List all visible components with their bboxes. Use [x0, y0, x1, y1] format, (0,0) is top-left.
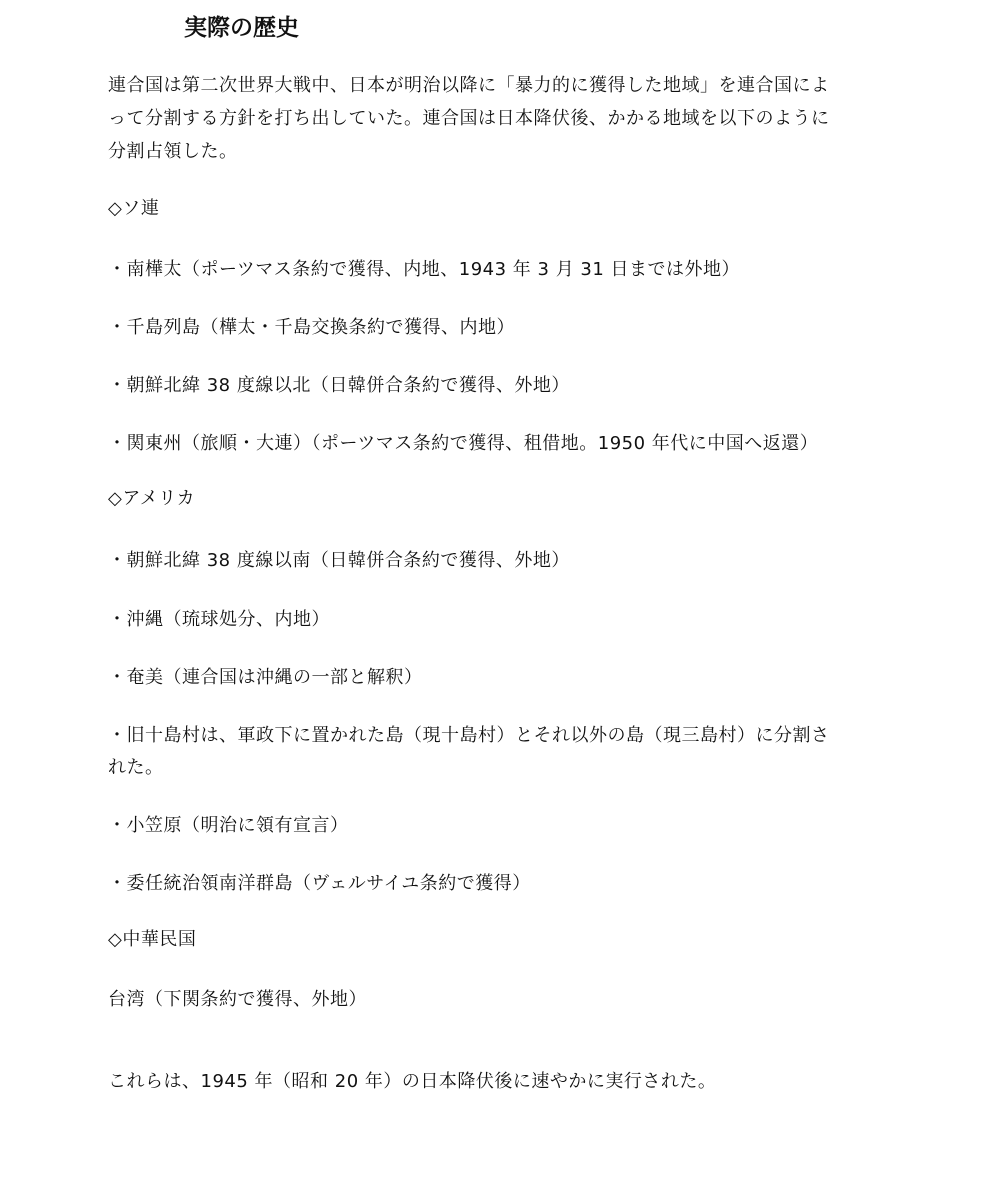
list-item: ・沖縄（琉球処分、内地） [108, 609, 330, 631]
list-item-continuation: れた。 [108, 757, 164, 779]
list-item: ・関東州（旅順・大連）（ポーツマス条約で獲得、租借地。1950 年代に中国へ返還… [108, 433, 818, 455]
list-item: ・南樺太（ポーツマス条約で獲得、内地、1943 年 3 月 31 日までは外地） [108, 259, 740, 281]
page-title: 実際の歴史 [184, 12, 299, 44]
intro-line-1: 連合国は第二次世界大戦中、日本が明治以降に「暴力的に獲得した地域」を連合国によ [108, 75, 830, 97]
intro-line-2: って分割する方針を打ち出していた。連合国は日本降伏後、かかる地域を以下のように [108, 108, 830, 130]
section-heading-america: ◇アメリカ [108, 488, 195, 510]
list-item: ・小笠原（明治に領有宣言） [108, 815, 349, 837]
intro-line-3: 分割占領した。 [108, 141, 238, 163]
list-item: ・委任統治領南洋群島（ヴェルサイユ条約で獲得） [108, 873, 531, 895]
section-heading-soviet: ◇ソ連 [108, 198, 159, 220]
list-item: ・奄美（連合国は沖縄の一部と解釈） [108, 667, 423, 689]
list-item: ・朝鮮北緯 38 度線以北（日韓併合条約で獲得、外地） [108, 375, 570, 397]
section-heading-roc: ◇中華民国 [108, 929, 196, 951]
list-item: ・千島列島（樺太・千島交換条約で獲得、内地） [108, 317, 515, 339]
list-item: 台湾（下関条約で獲得、外地） [108, 989, 367, 1011]
conclusion-text: これらは、1945 年（昭和 20 年）の日本降伏後に速やかに実行された。 [108, 1071, 716, 1093]
list-item: ・朝鮮北緯 38 度線以南（日韓併合条約で獲得、外地） [108, 550, 570, 572]
list-item: ・旧十島村は、軍政下に置かれた島（現十島村）とそれ以外の島（現三島村）に分割さ [108, 725, 830, 747]
